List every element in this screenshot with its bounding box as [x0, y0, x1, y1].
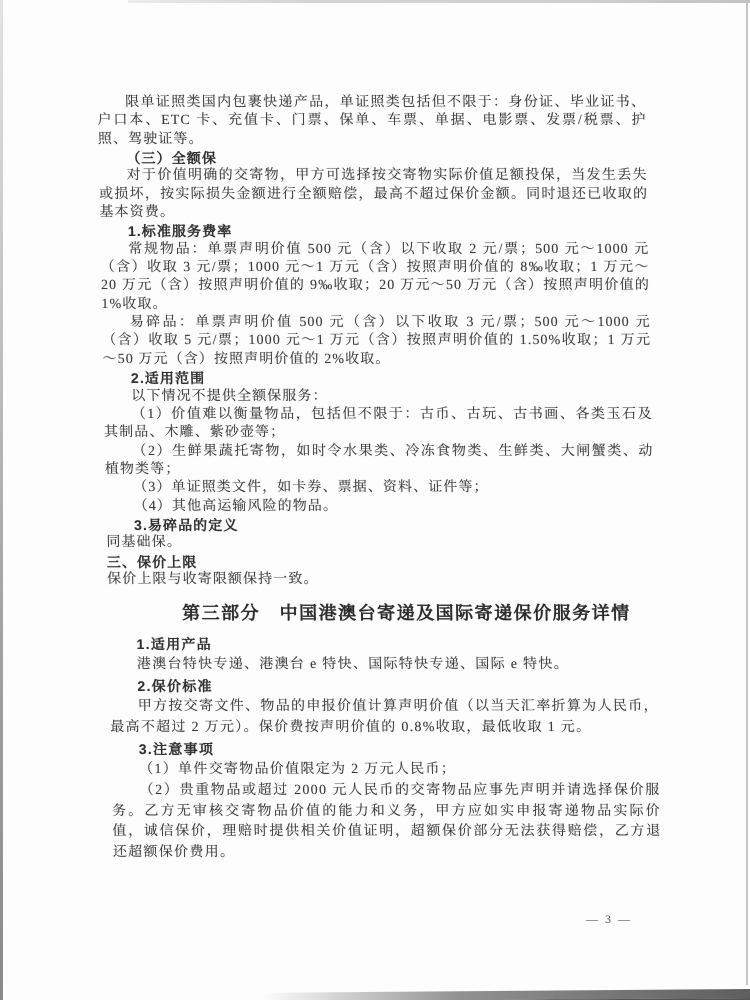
paragraph: 易碎品：单票声明价值 500 元（含）以下收取 3 元/票；500 元～1000… — [102, 314, 652, 369]
heading: 三、保价上限 — [107, 553, 656, 571]
paragraph: 保价上限与收寄限额保持一致。 — [107, 571, 656, 589]
page-number: — 3 — — [586, 912, 632, 927]
paragraph: 甲方按交寄文件、物品的申报价值计算声明价值（以当天汇率折算为人民币，最高不超过 … — [110, 697, 660, 739]
section-title: 第三部分 中国港澳台寄递及国际寄递保价服务详情 — [108, 602, 657, 624]
paragraph: （2）生鲜果蔬托寄物，如时令水果类、冷冻食物类、生鲜类、大闸蟹类、动植物类等； — [104, 443, 654, 480]
document-section-domestic: 限单证照类国内包裹快递产品，单证照类包括但不限于：身份证、毕业证书、户口本、ET… — [97, 94, 656, 589]
paragraph: 对于价值明确的交寄物，甲方可选择按交寄物实际价值足额投保，当发生丢失或损坏，按实… — [99, 167, 649, 222]
paragraph: 常规物品：单票声明价值 500 元（含）以下收取 2 元/票；500 元～100… — [100, 241, 651, 314]
paragraph: （1）单件交寄物品价值限定为 2 万元人民币； — [111, 760, 660, 781]
document-section-international: 1.适用产品 港澳台特快专递、港澳台 e 特快、国际特快专递、国际 e 特快。 … — [108, 634, 662, 864]
scan-edge-left — [0, 0, 3, 1000]
scan-edge-right — [746, 3, 748, 985]
paragraph: 港澳台特快专递、港澳台 e 特快、国际特快专递、国际 e 特快。 — [109, 655, 658, 676]
paragraph: 限单证照类国内包裹快递产品，单证照类包括但不限于：身份证、毕业证书、户口本、ET… — [97, 94, 647, 149]
scan-edge-top — [128, 0, 750, 3]
heading: 1.标准服务费率 — [100, 222, 649, 240]
scan-edge-bottom — [262, 989, 750, 1000]
heading: 2.适用范围 — [103, 369, 652, 387]
paragraph: 同基础保。 — [106, 534, 655, 552]
heading: 2.保价标准 — [109, 676, 658, 697]
document-content: 限单证照类国内包裹快递产品，单证照类包括但不限于：身份证、毕业证书、户口本、ET… — [97, 94, 662, 864]
paragraph: （1）价值难以衡量物品，包括但不限于：古币、古玩、古书画、各类玉石及其制品、木雕… — [104, 406, 654, 443]
paragraph: （3）单证照类文件，如卡券、票据、资料、证件等； — [105, 479, 654, 497]
paragraph: （4）其他高运输风险的物品。 — [105, 498, 654, 516]
heading: 3.易碎品的定义 — [106, 516, 655, 534]
heading: 1.适用产品 — [108, 634, 657, 655]
paper-sheet: 限单证照类国内包裹快递产品，单证照类包括但不限于：身份证、毕业证书、户口本、ET… — [0, 0, 750, 1000]
paragraph: 以下情况不提供全额保服务： — [103, 388, 652, 406]
heading: 3.注意事项 — [111, 739, 660, 760]
heading: （三）全额保 — [98, 149, 647, 167]
scanned-document-page: { "meta": { "ink_color": "#3a3a3a", "pap… — [0, 0, 750, 1000]
paragraph: （2）贵重物品或超过 2000 元人民币的交寄物品应事先声明并请选择保价服务。乙… — [111, 781, 662, 865]
